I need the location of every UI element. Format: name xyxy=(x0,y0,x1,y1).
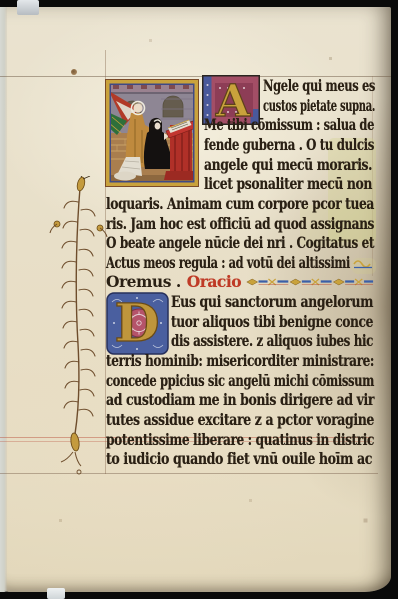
text-line: Ngele qui meus es xyxy=(263,76,375,95)
top-index-tab xyxy=(17,0,39,15)
text-line: to iudicio quando fiet vnū ouile hoīm ac xyxy=(106,449,372,468)
text-line: dis assistere. z aliquos iubes hic xyxy=(171,331,373,350)
text-line: Eus qui sanctorum angelorum xyxy=(171,292,373,311)
text-line: ad custodiam me in bonis dirigere ad vir xyxy=(106,390,374,409)
parchment-specks xyxy=(0,0,1,1)
initial-letter-D: D xyxy=(114,293,159,354)
text-line: tutes assidue excitare z a pctor voragin… xyxy=(106,410,374,429)
text-line: loquaris. Animam cum corpore pcor tuea xyxy=(106,194,374,213)
text-line: Me tibi cōmissum : salua de xyxy=(204,115,374,134)
text-line: Actus meos regula : ad votū dei altissim… xyxy=(106,253,350,272)
text-line: custos pietate supna. xyxy=(263,96,375,115)
text-line: concede ppicius sic angelū michi cōmissu… xyxy=(106,371,374,390)
oremus-rubric-line: Oremus . Oracio xyxy=(106,272,375,291)
oremus-label: Oremus . xyxy=(106,272,181,291)
oracio-rubric: Oracio xyxy=(187,272,241,291)
text-line: ris. Jam hoc est officiū ad quod assigna… xyxy=(106,214,374,233)
marginal-feather-spray xyxy=(48,176,110,486)
text-line: O beate angele nūcie dei nri . Cogitatus… xyxy=(106,233,374,252)
bottom-index-tab xyxy=(47,588,65,599)
text-line: potentissime liberare : quatinus in dist… xyxy=(106,430,374,449)
text-line: angele qui mecū moraris. xyxy=(204,155,372,174)
text-line: fende guberna . O tu dulcis xyxy=(204,135,374,154)
manuscript-photo: A D Ngele qui meus es custos pietate sup… xyxy=(0,0,398,599)
gold-leaf xyxy=(70,433,80,452)
small-line-filler xyxy=(352,258,376,270)
text-line: tuor aliquos tibi benigne conce xyxy=(171,312,373,331)
wormhole-spot xyxy=(71,69,77,75)
text-line: terris hominib: misericorditer ministrar… xyxy=(106,351,374,370)
line-filler-ornament xyxy=(245,277,375,287)
page-left-edge xyxy=(0,7,7,592)
text-line: licet psonaliter mecū non xyxy=(204,174,372,193)
miniature-guardian-angel-and-kneeling-nun xyxy=(105,79,199,187)
illuminated-initial-D: D xyxy=(106,292,169,355)
